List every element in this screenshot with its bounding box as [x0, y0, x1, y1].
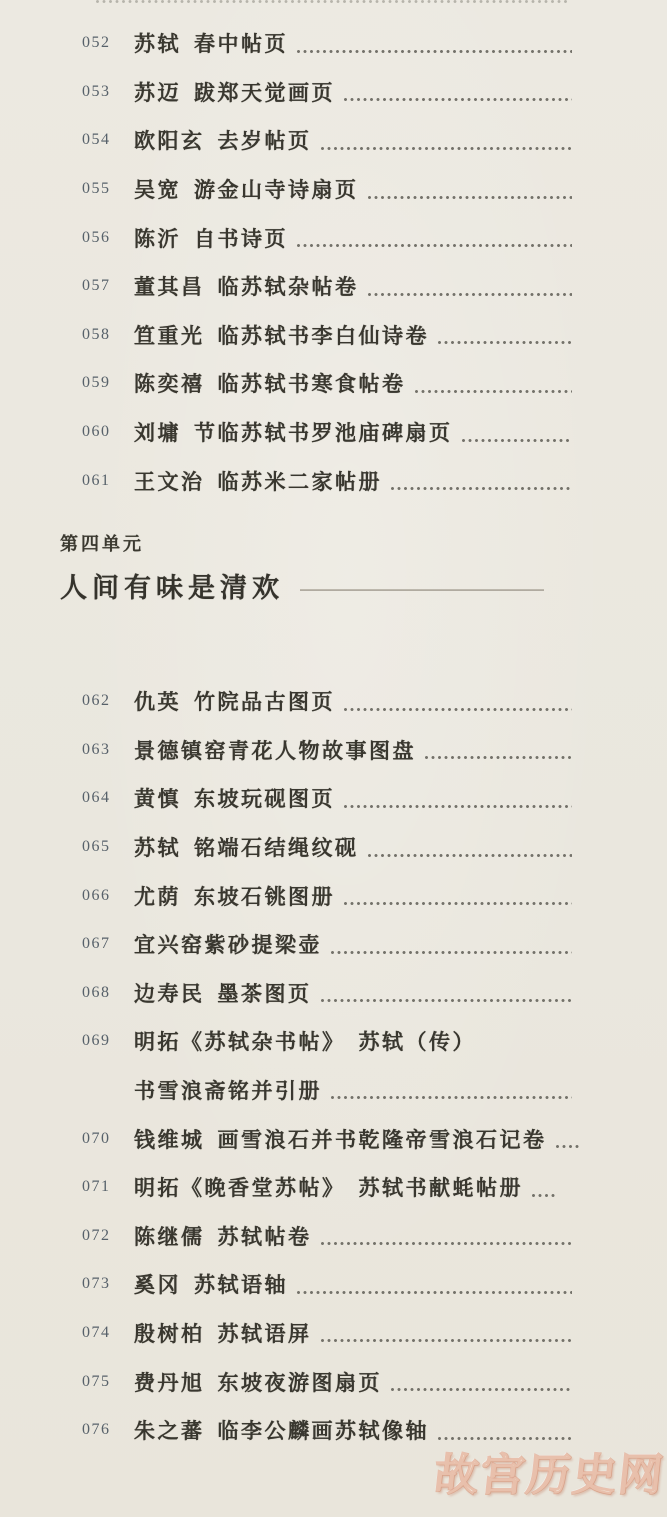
entry-number: 076 — [82, 1421, 122, 1439]
section-header: 第四单元 人间有味是清欢 — [60, 531, 572, 607]
toc-entry: 070 钱维城 画雪浪石并书乾隆帝雪浪石记卷 — [82, 1114, 572, 1163]
toc-entry: 064 黄慎 东坡玩砚图页 — [82, 774, 572, 823]
entry-title: 书雪浪斋铭并引册 — [134, 1075, 322, 1105]
entry-number: 069 — [82, 1032, 122, 1050]
entry-author: 苏轼 — [134, 832, 181, 862]
entry-author: 董其昌 — [134, 271, 205, 301]
entry-title: 去岁帖页 — [218, 125, 312, 155]
toc-entry: 075 费丹旭 东坡夜游图扇页 — [82, 1357, 572, 1406]
entry-number: 065 — [82, 838, 122, 856]
toc-entry: 059 陈奕禧 临苏轼书寒食帖卷 — [82, 359, 572, 408]
entry-number: 059 — [82, 374, 122, 392]
entry-title: 苏轼（传） — [359, 1026, 477, 1056]
entry-title: 苏轼帖卷 — [218, 1221, 312, 1251]
entry-title: 临苏轼杂帖卷 — [218, 271, 359, 301]
watermark: 故宫历史网 — [432, 1439, 667, 1503]
toc-entry: 071 明拓《晚香堂苏帖》 苏轼书献蚝帖册 — [82, 1163, 572, 1212]
toc-entry: 052 苏轼 春中帖页 — [82, 19, 572, 68]
entry-title: 宜兴窑紫砂提梁壶 — [134, 929, 322, 959]
entry-title: 画雪浪石并书乾隆帝雪浪石记卷 — [218, 1124, 547, 1154]
toc-section-4-entries: 062 仇英 竹院品古图页 063 景德镇窑青花人物故事图盘 064 黄慎 东坡… — [0, 677, 667, 1455]
section-rule-line — [300, 589, 544, 591]
toc-entry: 057 董其昌 临苏轼杂帖卷 — [82, 262, 572, 311]
entry-number: 071 — [82, 1178, 122, 1196]
entry-author: 欧阳玄 — [134, 125, 205, 155]
entry-number: 075 — [82, 1373, 122, 1391]
entry-author: 陈沂 — [134, 223, 181, 253]
entry-author: 黄慎 — [134, 783, 181, 813]
section-unit-label: 第四单元 — [60, 531, 572, 557]
entry-title: 自书诗页 — [194, 223, 288, 253]
dot-leader — [321, 999, 573, 1002]
dot-leader — [368, 293, 573, 296]
dot-leader — [415, 390, 573, 393]
entry-author: 陈奕禧 — [134, 368, 205, 398]
entry-author: 陈继儒 — [134, 1221, 205, 1251]
dot-leader — [462, 439, 573, 442]
dot-leader — [368, 196, 573, 199]
entry-number: 073 — [82, 1275, 122, 1293]
entry-number: 056 — [82, 229, 122, 247]
entry-number: 053 — [82, 83, 122, 101]
dot-leader — [297, 50, 572, 53]
entry-author: 笪重光 — [134, 320, 205, 350]
entry-number: 057 — [82, 277, 122, 295]
dot-leader — [556, 1145, 580, 1148]
entry-author: 刘墉 — [134, 417, 181, 447]
toc-entry: 053 苏迈 跋郑天觉画页 — [82, 68, 572, 117]
toc-entry: 055 吴宽 游金山寺诗扇页 — [82, 165, 572, 214]
entry-author: 仇英 — [134, 686, 181, 716]
dot-leader — [344, 902, 572, 905]
entry-author: 吴宽 — [134, 174, 181, 204]
entry-author: 奚冈 — [134, 1269, 181, 1299]
entry-number: 074 — [82, 1324, 122, 1342]
entry-number: 072 — [82, 1227, 122, 1245]
entry-title: 东坡玩砚图页 — [194, 783, 335, 813]
toc-entry: 061 王文治 临苏米二家帖册 — [82, 456, 572, 505]
toc-section-3-entries: 052 苏轼 春中帖页 053 苏迈 跋郑天觉画页 054 欧阳玄 去岁帖页 0… — [0, 0, 667, 505]
toc-entry: 060 刘墉 节临苏轼书罗池庙碑扇页 — [82, 408, 572, 457]
entry-author: 苏轼 — [134, 28, 181, 58]
entry-number: 066 — [82, 887, 122, 905]
dot-leader — [391, 1388, 572, 1391]
entry-author: 边寿民 — [134, 978, 205, 1008]
entry-author: 朱之蕃 — [134, 1415, 205, 1445]
entry-title: 临李公麟画苏轼像轴 — [218, 1415, 430, 1445]
toc-entry: 062 仇英 竹院品古图页 — [82, 677, 572, 726]
toc-entry: 072 陈继儒 苏轼帖卷 — [82, 1211, 572, 1260]
dot-leader — [321, 1339, 573, 1342]
dot-leader — [331, 951, 572, 954]
entry-title: 春中帖页 — [194, 28, 288, 58]
entry-author: 明拓《苏轼杂书帖》 — [134, 1026, 346, 1056]
dot-leader — [368, 854, 573, 857]
toc-entry: 书雪浪斋铭并引册 — [82, 1066, 572, 1115]
dot-leader — [344, 805, 572, 808]
entry-title: 苏轼书献蚝帖册 — [359, 1172, 524, 1202]
toc-entry: 058 笪重光 临苏轼书李白仙诗卷 — [82, 311, 572, 360]
dot-leader — [438, 341, 572, 344]
entry-title: 竹院品古图页 — [194, 686, 335, 716]
entry-title: 东坡石铫图册 — [194, 881, 335, 911]
toc-entry: 054 欧阳玄 去岁帖页 — [82, 116, 572, 165]
entry-number: 054 — [82, 131, 122, 149]
toc-entry: 065 苏轼 铭端石结绳纹砚 — [82, 823, 572, 872]
entry-author: 尤荫 — [134, 881, 181, 911]
dot-leader — [297, 1291, 572, 1294]
entry-number: 064 — [82, 789, 122, 807]
entry-number: 068 — [82, 984, 122, 1002]
entry-author: 苏迈 — [134, 77, 181, 107]
dot-leader — [391, 487, 572, 490]
entry-title: 跋郑天觉画页 — [194, 77, 335, 107]
toc-entry: 073 奚冈 苏轼语轴 — [82, 1260, 572, 1309]
entry-author: 钱维城 — [134, 1124, 205, 1154]
dot-leader — [532, 1194, 556, 1197]
entry-title: 墨茶图页 — [218, 978, 312, 1008]
entry-title: 节临苏轼书罗池庙碑扇页 — [194, 417, 453, 447]
entry-number: 052 — [82, 34, 122, 52]
toc-entry: 056 陈沂 自书诗页 — [82, 213, 572, 262]
entry-number: 058 — [82, 326, 122, 344]
entry-number: 067 — [82, 935, 122, 953]
entry-title: 临苏米二家帖册 — [218, 466, 383, 496]
entry-author: 殷树柏 — [134, 1318, 205, 1348]
clipped-dot-leader — [96, 0, 570, 3]
toc-entry: 067 宜兴窑紫砂提梁壶 — [82, 920, 572, 969]
dot-leader — [297, 244, 572, 247]
entry-number: 063 — [82, 741, 122, 759]
dot-leader — [331, 1096, 572, 1099]
entry-number: 060 — [82, 423, 122, 441]
toc-entry: 068 边寿民 墨茶图页 — [82, 969, 572, 1018]
entry-number: 055 — [82, 180, 122, 198]
dot-leader — [344, 98, 572, 101]
entry-title: 东坡夜游图扇页 — [218, 1367, 383, 1397]
entry-title: 临苏轼书李白仙诗卷 — [218, 320, 430, 350]
entry-author: 费丹旭 — [134, 1367, 205, 1397]
entry-title: 临苏轼书寒食帖卷 — [218, 368, 406, 398]
entry-author: 王文治 — [134, 466, 205, 496]
toc-entry: 066 尤荫 东坡石铫图册 — [82, 871, 572, 920]
entry-title: 苏轼语屏 — [218, 1318, 312, 1348]
toc-entry: 069 明拓《苏轼杂书帖》 苏轼（传） — [82, 1017, 572, 1066]
section-title-row: 人间有味是清欢 — [60, 569, 572, 607]
entry-number: 070 — [82, 1130, 122, 1148]
toc-entry: 074 殷树柏 苏轼语屏 — [82, 1309, 572, 1358]
dot-leader — [344, 708, 572, 711]
toc-page: 052 苏轼 春中帖页 053 苏迈 跋郑天觉画页 054 欧阳玄 去岁帖页 0… — [0, 0, 667, 1517]
entry-number: 062 — [82, 692, 122, 710]
entry-number: 061 — [82, 472, 122, 490]
dot-leader — [425, 756, 572, 759]
entry-title: 铭端石结绳纹砚 — [194, 832, 359, 862]
entry-title: 景德镇窑青花人物故事图盘 — [134, 735, 416, 765]
toc-entry: 063 景德镇窑青花人物故事图盘 — [82, 726, 572, 775]
dot-leader — [321, 147, 573, 150]
entry-title: 苏轼语轴 — [194, 1269, 288, 1299]
dot-leader — [321, 1242, 573, 1245]
entry-title: 游金山寺诗扇页 — [194, 174, 359, 204]
section-title: 人间有味是清欢 — [60, 569, 284, 607]
entry-author: 明拓《晚香堂苏帖》 — [134, 1172, 346, 1202]
